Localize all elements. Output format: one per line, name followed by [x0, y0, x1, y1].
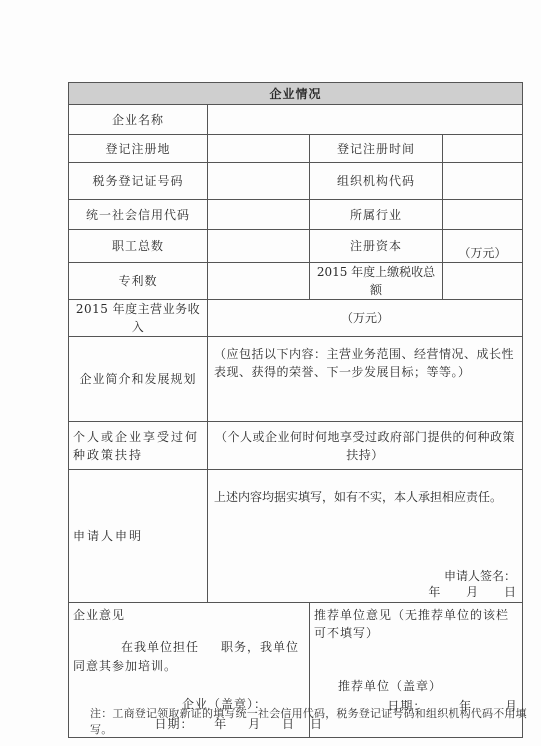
org-code-label: 组织机构代码: [310, 163, 443, 200]
org-code-field[interactable]: [443, 163, 523, 200]
company-name-label: 企业名称: [69, 105, 208, 135]
footnote: 注：工商登记领取新证的填写统一社会信用代码，税务登记证号码和组织机构代码不用填写…: [90, 705, 530, 737]
policy-field[interactable]: （个人或企业何时何地享受过政府部门提供的何种政策扶持）: [208, 422, 523, 470]
tax-2015-field[interactable]: [443, 263, 523, 300]
patents-field[interactable]: [208, 263, 310, 300]
enterprise-info-form: 企业情况 企业名称 登记注册地 登记注册时间 税务登记证号码 组织机构代码 统一…: [68, 82, 523, 738]
month-label: 月: [466, 584, 478, 600]
reg-capital-label: 注册资本: [310, 230, 443, 263]
company-opinion-title: 企业意见: [73, 606, 305, 624]
policy-label: 个人或企业享受过何种政策扶持: [69, 422, 208, 470]
section-title: 企业情况: [69, 83, 523, 105]
credit-code-label: 统一社会信用代码: [69, 200, 208, 230]
tax-reg-no-field[interactable]: [208, 163, 310, 200]
reg-place-label: 登记注册地: [69, 135, 208, 163]
company-opinion-body: 在我单位担任职务，我单位同意其参加培训。: [73, 638, 305, 676]
industry-field[interactable]: [443, 200, 523, 230]
reg-time-field[interactable]: [443, 135, 523, 163]
reg-capital-field[interactable]: （万元）: [443, 230, 523, 263]
patents-label: 专利数: [69, 263, 208, 300]
reg-place-field[interactable]: [208, 135, 310, 163]
employees-label: 职工总数: [69, 230, 208, 263]
declaration-text: 上述内容均据实填写，如有不实，本人承担相应责任。: [214, 488, 516, 506]
signature-block: 申请人签名： 年 月 日: [406, 568, 516, 600]
body-part1: 在我单位担任: [121, 640, 199, 654]
declaration-cell: 上述内容均据实填写，如有不实，本人承担相应责任。 申请人签名： 年 月 日: [208, 470, 523, 603]
declaration-label: 申请人申明: [69, 470, 208, 603]
credit-code-field[interactable]: [208, 200, 310, 230]
recommender-seal-label: 推荐单位（盖章）: [310, 677, 522, 695]
company-name-field[interactable]: [208, 105, 523, 135]
year-label: 年: [428, 584, 440, 600]
revenue-2015-label: 2015 年度主营业务收入: [69, 300, 208, 337]
profile-field[interactable]: （应包括以下内容：主营业务范围、经营情况、成长性表现、获得的荣誉、下一步发展目标…: [208, 337, 523, 422]
profile-label: 企业简介和发展规划: [69, 337, 208, 422]
reg-time-label: 登记注册时间: [310, 135, 443, 163]
signature-label[interactable]: 申请人签名：: [406, 568, 516, 584]
document-page: 企业情况 企业名称 登记注册地 登记注册时间 税务登记证号码 组织机构代码 统一…: [0, 0, 541, 746]
day-label: 日: [504, 584, 516, 600]
signature-date[interactable]: 年 月 日: [406, 584, 516, 600]
industry-label: 所属行业: [310, 200, 443, 230]
employees-field[interactable]: [208, 230, 310, 263]
tax-2015-label: 2015 年度上缴税收总额: [310, 263, 443, 300]
recommender-opinion-title: 推荐单位意见（无推荐单位的该栏可不填写）: [314, 606, 518, 642]
tax-reg-no-label: 税务登记证号码: [69, 163, 208, 200]
revenue-2015-field[interactable]: （万元）: [208, 300, 523, 337]
